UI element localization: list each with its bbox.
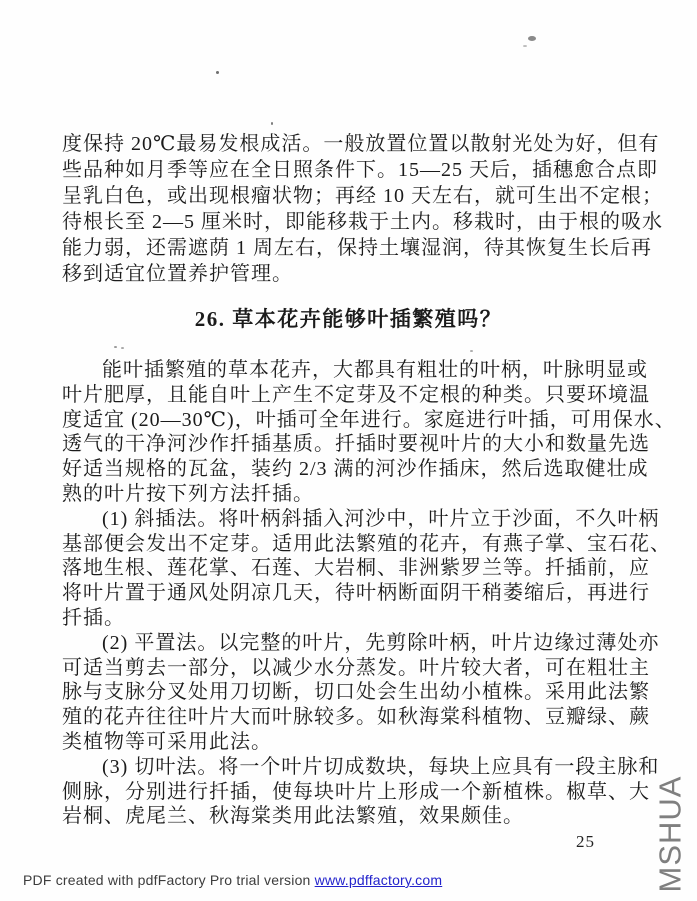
watermark: MSHUA: [644, 781, 696, 887]
text-line: 基部便会发出不定芽。适用此法繁殖的花卉，有燕子掌、宝石花、: [62, 532, 642, 557]
text-line: 侧脉，分别进行扦插，使每块叶片上形成一个新植株。椒草、大: [62, 780, 642, 805]
intro-paragraph: 度保持 20℃最易发根成活。一般放置位置以散射光处为好，但有些品种如月季等应在全…: [62, 131, 642, 287]
scan-speck: [121, 347, 124, 349]
text-line: 好适当规格的瓦盆，装约 2/3 满的河沙作插床，然后选取健壮成: [62, 457, 642, 482]
text-line: 透气的干净河沙作扦插基质。扦插时要视叶片的大小和数量先选: [62, 432, 642, 457]
text-line: 待根长至 2—5 厘米时，即能移栽于土内。移栽时，由于根的吸水: [62, 209, 642, 235]
watermark-text: MSHUA: [652, 776, 688, 893]
scan-speck: [523, 45, 527, 47]
footer-text: PDF created with pdfFactory Pro trial ve…: [23, 872, 315, 888]
scan-speck: [271, 122, 273, 125]
text-line: 度保持 20℃最易发根成活。一般放置位置以散射光处为好，但有: [62, 131, 642, 157]
text-line: 殖的花卉往往叶片大而叶脉较多。如秋海棠科植物、豆瓣绿、蕨: [62, 705, 642, 730]
text-line: 能叶插繁殖的草本花卉，大都具有粗壮的叶柄，叶脉明显或: [62, 358, 642, 383]
body-text: 能叶插繁殖的草本花卉，大都具有粗壮的叶柄，叶脉明显或叶片肥厚，且能自叶上产生不定…: [62, 358, 642, 829]
text-line: 些品种如月季等应在全日照条件下。15—25 天后，插穗愈合点即: [62, 157, 642, 183]
text-line: 将叶片置于通风处阴凉几天，待叶柄断面阴干稍萎缩后，再进行: [62, 581, 642, 606]
text-line: 移到适宜位置养护管理。: [62, 261, 642, 287]
scan-speck: [470, 350, 473, 352]
scan-speck: [114, 346, 117, 348]
text-line: (3) 切叶法。将一个叶片切成数块，每块上应具有一段主脉和: [62, 755, 642, 780]
text-line: 度适宜 (20—30℃)，叶插可全年进行。家庭进行叶插，可用保水、: [62, 408, 642, 433]
footer-link[interactable]: www.pdffactory.com: [315, 872, 443, 888]
text-line: 扦插。: [62, 606, 642, 631]
text-line: 熟的叶片按下列方法扦插。: [62, 482, 642, 507]
page-number: 25: [576, 832, 595, 852]
text-line: 可适当剪去一部分，以减少水分蒸发。叶片较大者，可在粗壮主: [62, 656, 642, 681]
text-line: (2) 平置法。以完整的叶片，先剪除叶柄，叶片边缘过薄处亦: [62, 631, 642, 656]
text-line: 能力弱，还需遮荫 1 周左右，保持土壤湿润，待其恢复生长后再: [62, 235, 642, 261]
text-line: 类植物等可采用此法。: [62, 730, 642, 755]
text-line: (1) 斜插法。将叶柄斜插入河沙中，叶片立于沙面，不久叶柄: [62, 507, 642, 532]
text-line: 叶片肥厚，且能自叶上产生不定芽及不定根的种类。只要环境温: [62, 383, 642, 408]
scan-speck: [528, 36, 536, 41]
text-line: 落地生根、莲花掌、石莲、大岩桐、非洲紫罗兰等。扦插前，应: [62, 556, 642, 581]
text-line: 脉与支脉分叉处用刀切断，切口处会生出幼小植株。采用此法繁: [62, 680, 642, 705]
section-heading: 26. 草本花卉能够叶插繁殖吗？: [0, 303, 697, 333]
scan-speck: [216, 71, 219, 74]
pdf-footer: PDF created with pdfFactory Pro trial ve…: [23, 872, 442, 888]
text-line: 岩桐、虎尾兰、秋海棠类用此法繁殖，效果颇佳。: [62, 804, 642, 829]
text-line: 呈乳白色，或出现根瘤状物；再经 10 天左右，就可生出不定根；: [62, 183, 642, 209]
scanned-page: 度保持 20℃最易发根成活。一般放置位置以散射光处为好，但有些品种如月季等应在全…: [0, 0, 697, 901]
